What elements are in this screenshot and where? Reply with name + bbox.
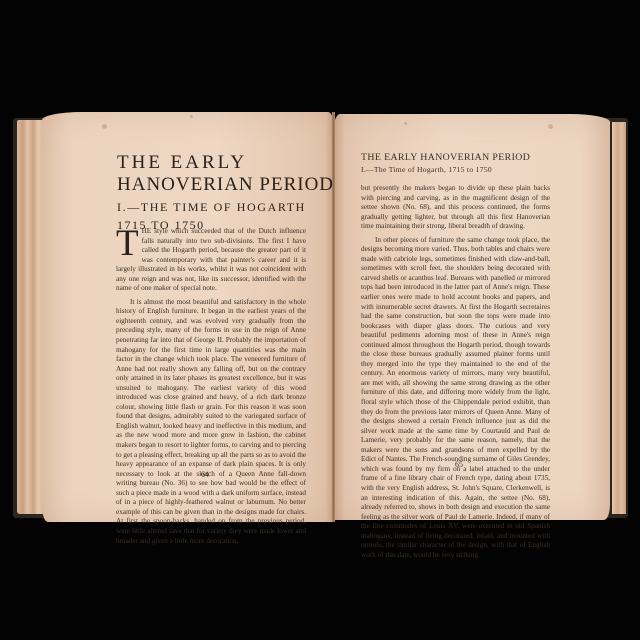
running-head: THE EARLY HANOVERIAN PERIOD I.—The Time …: [361, 152, 530, 175]
right-page-body: but presently the makers began to divide…: [361, 184, 550, 560]
left-page-body: THE style which succeeded that of the Du…: [116, 227, 306, 546]
chapter-title-line2: HANOVERIAN PERIOD: [117, 174, 334, 196]
paragraph: It is almost the most beautiful and sati…: [116, 298, 306, 546]
foxing-spot: [548, 124, 553, 129]
foxing-spot: [404, 122, 407, 125]
open-book: THE EARLY HANOVERIAN PERIOD I.—THE TIME …: [0, 0, 640, 640]
chapter-heading: THE EARLY HANOVERIAN PERIOD I.—THE TIME …: [117, 152, 334, 234]
drop-cap: T: [116, 228, 139, 260]
page-number-right: 65: [455, 460, 463, 469]
chapter-title-line1: THE EARLY: [117, 152, 334, 174]
paragraph: In other pieces of furniture the same ch…: [361, 236, 550, 561]
right-page-stack: [612, 122, 626, 514]
running-head-subtitle: I.—The Time of Hogarth, 1715 to 1750: [361, 164, 530, 175]
paragraph: but presently the makers began to divide…: [361, 184, 550, 232]
running-head-title: THE EARLY HANOVERIAN PERIOD: [361, 152, 530, 164]
paragraph: THE style which succeeded that of the Du…: [116, 227, 306, 294]
chapter-subtitle: I.—THE TIME OF HOGARTH: [117, 198, 334, 216]
foxing-spot: [190, 115, 193, 118]
page-number-left: 64: [201, 470, 209, 479]
paragraph-text: HE style which succeeded that of the Dut…: [116, 227, 306, 292]
foxing-spot: [102, 124, 107, 129]
